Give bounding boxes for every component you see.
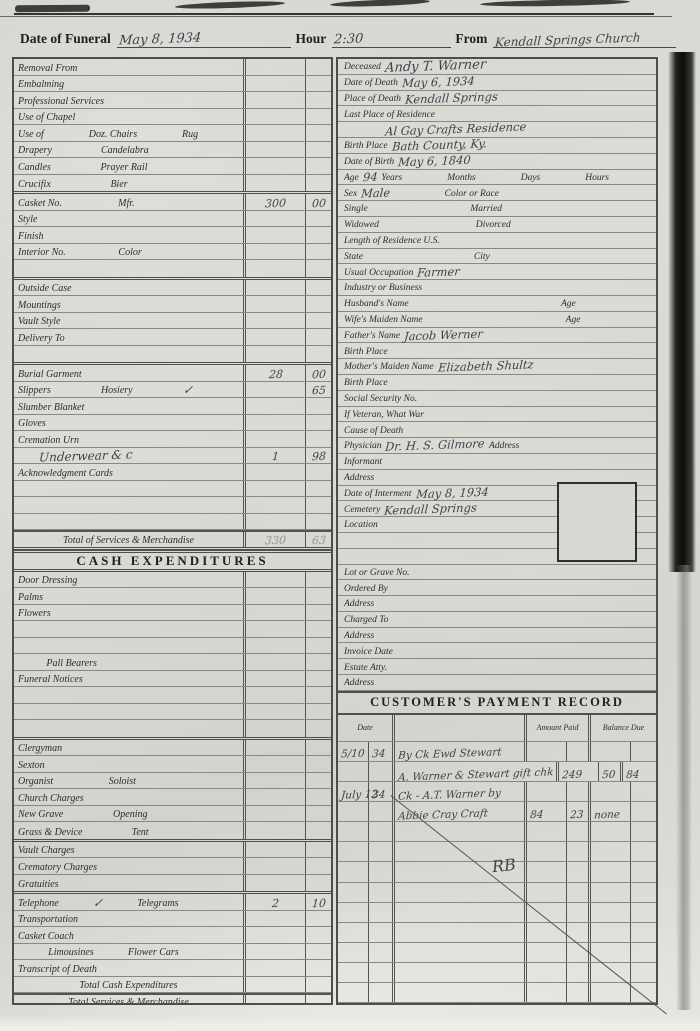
line-filler — [53, 605, 241, 621]
amount-dollars-cell — [243, 175, 305, 192]
ledger-row: Gratuities — [14, 875, 331, 892]
form-row: Wife's Maiden NameAge — [338, 312, 656, 328]
handwritten-amount: 330 — [263, 534, 289, 547]
payment-year-cell: 34 — [368, 742, 392, 761]
form-label: Gloves — [16, 419, 48, 430]
line-filler — [61, 875, 241, 892]
amount-paid-dollars-cell: 84 — [524, 802, 566, 821]
line-filler — [442, 233, 652, 248]
form-label: Mfr. — [116, 199, 136, 210]
handwritten-amount: 00 — [309, 197, 328, 210]
payment-row: 5/1034By Ck Ewd Stewart — [338, 742, 656, 762]
ledger-row: Embalming — [14, 76, 331, 93]
amount-dollars-cell — [243, 211, 305, 227]
ledger-row — [14, 514, 331, 531]
handwritten-entry: none — [592, 809, 623, 822]
amount-dollars-cell — [243, 329, 305, 345]
line-filler — [67, 329, 241, 345]
payment-row — [338, 923, 656, 943]
amount-dollars-cell — [243, 720, 305, 737]
form-row: Birth Place — [338, 343, 656, 359]
line-filler — [53, 382, 99, 398]
line-filler — [81, 431, 241, 447]
handwritten-entry — [370, 820, 374, 821]
line-filler — [106, 92, 241, 108]
payment-row: July 1234Ck - A.T. Warner by — [338, 782, 656, 802]
ledger-row — [14, 621, 331, 638]
payment-year-cell — [368, 883, 392, 902]
ledger-row: Transportation — [14, 911, 331, 928]
form-label: Pall Bearers — [44, 659, 98, 670]
line-filler — [376, 596, 652, 611]
line-filler — [513, 217, 652, 232]
handwritten-entry: Male — [359, 187, 393, 201]
balance-due-dollars-cell — [588, 822, 630, 841]
amount-cents-cell — [305, 415, 331, 431]
form-label: Telegrams — [135, 899, 180, 910]
ledger-row: Pall Bearers — [14, 654, 331, 671]
form-label: Crematory Charges — [16, 863, 99, 874]
amount-dollars-cell — [243, 346, 305, 363]
line-filler — [392, 185, 442, 200]
amount-paid-cents-cell — [566, 923, 588, 942]
amount-cents-cell — [305, 621, 331, 637]
row-label: CandlesPrayer Rail — [14, 158, 243, 174]
amount-cents-cell — [305, 740, 331, 756]
line-filler — [46, 227, 241, 243]
form-label: Slumber Blanket — [16, 403, 86, 414]
line-filler — [437, 106, 652, 121]
ledger-row: Finish — [14, 227, 331, 244]
form-label: Limousines — [46, 948, 96, 959]
form-row: Length of Residence U.S. — [338, 233, 656, 249]
handwritten-amount: 65 — [309, 385, 328, 398]
amount-paid-cents-cell — [566, 903, 588, 922]
amount-cents-cell — [305, 329, 331, 345]
amount-cents-cell — [305, 858, 331, 874]
row-label: DraperyCandelabra — [14, 142, 243, 158]
form-label: Professional Services — [16, 97, 106, 108]
row-label: Use ofDoz. ChairsRug — [14, 125, 243, 141]
payment-year-cell — [368, 842, 392, 861]
amount-cents-cell — [305, 244, 331, 260]
amount-cents-cell — [305, 514, 331, 530]
ledger-row — [14, 260, 331, 277]
balance-due-cents-cell — [630, 963, 656, 982]
amount-dollars-cell — [243, 875, 305, 892]
line-filler — [65, 806, 111, 822]
amount-dollars-cell — [243, 481, 305, 497]
form-label: Style — [16, 215, 39, 226]
form-row: Husband's NameAge — [338, 296, 656, 312]
amount-cents-cell — [305, 260, 331, 277]
amount-cents-cell — [305, 280, 331, 296]
line-filler — [191, 995, 241, 1005]
line-filler — [46, 125, 87, 141]
amount-dollars-cell — [243, 92, 305, 108]
amount-dollars-cell — [243, 76, 305, 92]
form-label: Months — [445, 174, 478, 185]
form-label: Invoice Date — [342, 648, 395, 659]
ledger-row: Use of Chapel — [14, 109, 331, 126]
form-row: Date of BirthMay 6, 1840 — [338, 154, 656, 170]
form-label: Candles — [16, 163, 53, 174]
row-label — [14, 481, 243, 497]
handwritten-entry — [528, 760, 532, 761]
line-filler — [535, 359, 652, 374]
amount-dollars-cell — [243, 313, 305, 329]
form-row: Industry or Business — [338, 280, 656, 296]
line-filler — [53, 175, 109, 192]
line-filler — [77, 842, 241, 858]
line-filler — [180, 977, 241, 993]
amount-paid-cents-cell — [566, 862, 588, 881]
line-filler — [79, 59, 241, 75]
date-of-funeral-label: Date of Funeral — [20, 31, 111, 47]
line-filler — [99, 858, 241, 874]
torn-top-rule-2 — [0, 16, 672, 17]
amount-dollars-cell — [243, 244, 305, 260]
payment-description-cell — [392, 943, 524, 962]
form-label: Date of Birth — [342, 158, 396, 169]
handwritten-entry: 84 — [624, 769, 642, 781]
amount-dollars-cell: 2 — [243, 894, 305, 910]
amount-dollars-cell — [243, 142, 305, 158]
amount-dollars-cell — [243, 464, 305, 480]
balance-due-dollars-cell — [588, 862, 630, 881]
handwritten-entry: 34 — [370, 749, 388, 761]
form-label: New Grave — [16, 810, 65, 821]
form-label: Vault Style — [16, 317, 63, 328]
hour-field: 2:30 — [332, 27, 451, 48]
form-label: Age — [342, 174, 361, 185]
form-label: Color or Race — [443, 190, 501, 201]
line-filler — [195, 382, 241, 398]
row-label — [14, 497, 243, 513]
balance-due-cents-cell — [630, 903, 656, 922]
amount-cents-cell: 98 — [305, 448, 331, 464]
line-filler — [64, 740, 241, 756]
row-label — [14, 621, 243, 637]
amount-paid-dollars-cell — [524, 742, 566, 761]
balance-due-dollars-cell — [588, 842, 630, 861]
form-row: Address — [338, 675, 656, 691]
line-filler — [61, 894, 91, 910]
amount-paid-cents-cell: 50 — [598, 762, 620, 781]
amount-cents-cell — [305, 875, 331, 892]
amount-dollars-cell — [243, 280, 305, 296]
form-row: SexMaleColor or Race — [338, 185, 656, 201]
form-label: Widowed — [342, 221, 381, 232]
form-label: Wife's Maiden Name — [342, 316, 425, 327]
amount-paid-cents-cell — [566, 883, 588, 902]
form-row: Place of DeathKendall Springs — [338, 91, 656, 107]
line-filler — [16, 654, 44, 670]
form-label: Date of Interment — [342, 490, 414, 501]
line-filler — [115, 464, 241, 480]
line-filler — [84, 365, 241, 381]
handwritten-entry: 2:30 — [332, 32, 366, 47]
amount-cents-cell — [305, 773, 331, 789]
line-filler — [390, 375, 652, 390]
line-filler — [384, 454, 652, 469]
form-label: Outside Case — [16, 284, 74, 295]
line-filler — [488, 138, 652, 153]
amount-dollars-cell — [243, 125, 305, 141]
payment-description-cell — [392, 822, 524, 841]
row-label: Gratuities — [14, 875, 243, 892]
amount-cents-cell: 63 — [305, 532, 331, 547]
handwritten-entry: 5/10 — [339, 749, 367, 761]
line-filler — [578, 296, 652, 311]
amount-cents-cell — [305, 92, 331, 108]
payment-header-row: DateAmount PaidBalance Due — [338, 715, 656, 742]
row-label: Burial Garment — [14, 365, 243, 381]
form-label: If Veteran, What War — [342, 411, 426, 422]
line-filler — [80, 911, 241, 927]
funeral-header-row: Date of Funeral May 8, 1934 Hour 2:30 Fr… — [16, 24, 676, 48]
line-filler — [16, 995, 66, 1005]
ledger-row: CandlesPrayer Rail — [14, 158, 331, 175]
form-row: Informant — [338, 454, 656, 470]
form-label: Acknowledgment Cards — [16, 469, 115, 480]
form-label: Married — [468, 205, 504, 216]
amount-dollars-cell — [243, 514, 305, 530]
scan-shadow-strip — [668, 52, 696, 572]
ledger-row: Vault Style — [14, 313, 331, 330]
line-filler — [149, 158, 241, 174]
row-label — [14, 346, 243, 363]
payment-description-cell: Ck - A.T. Warner by — [392, 782, 524, 801]
payment-year-cell — [368, 903, 392, 922]
hour-label: Hour — [295, 31, 326, 47]
line-filler — [16, 532, 61, 547]
line-filler — [411, 565, 652, 580]
ledger-row: Casket No.Mfr.30000 — [14, 194, 331, 211]
amount-dollars-cell — [243, 605, 305, 621]
row-label: Transcript of Death — [14, 960, 243, 976]
form-label: Husband's Name — [342, 300, 411, 311]
payment-header-balance: Balance Due — [588, 715, 656, 741]
row-label: Professional Services — [14, 92, 243, 108]
ledger-row: SlippersHosiery✓65 — [14, 382, 331, 399]
balance-due-cents-cell — [630, 742, 656, 761]
amount-paid-dollars-cell — [524, 983, 566, 1002]
line-filler — [66, 76, 241, 92]
form-label: Mother's Maiden Name — [342, 363, 436, 374]
ledger-row: Telephone✓Telegrams210 — [14, 894, 331, 911]
form-label: Social Security No. — [342, 395, 419, 406]
payment-row: A. Warner & Stewart gift chk249508423 — [338, 762, 656, 782]
handwritten-amount: 1 — [270, 451, 282, 463]
amount-paid-dollars-cell — [524, 923, 566, 942]
amount-cents-cell — [305, 346, 331, 363]
form-label: Telephone — [16, 899, 61, 910]
line-filler — [76, 927, 241, 943]
row-label: Casket Coach — [14, 927, 243, 943]
amount-cents-cell — [305, 59, 331, 75]
amount-cents-cell — [305, 431, 331, 447]
line-filler — [542, 170, 583, 185]
amount-cents-cell — [305, 313, 331, 329]
row-label: Acknowledgment Cards — [14, 464, 243, 480]
ledger-row: Acknowledgment Cards — [14, 464, 331, 481]
amount-cents-cell: 10 — [305, 894, 331, 910]
line-filler — [462, 264, 652, 279]
row-label — [14, 704, 243, 720]
amount-paid-dollars-cell — [524, 963, 566, 982]
handwritten-entry — [592, 760, 596, 761]
services-ledger: Removal FromEmbalmingProfessional Servic… — [12, 57, 333, 1005]
row-label: Transportation — [14, 911, 243, 927]
form-label: Charged To — [342, 616, 390, 627]
line-filler — [149, 806, 241, 822]
line-filler — [74, 280, 241, 296]
ledger-row: Style — [14, 211, 331, 228]
ledger-row: Total Cash Expenditures — [14, 977, 331, 994]
ledger-row: LimousinesFlower Cars — [14, 944, 331, 961]
handwritten-entry — [632, 800, 636, 801]
line-filler — [342, 122, 383, 137]
line-filler — [425, 312, 564, 327]
line-filler — [45, 588, 241, 604]
amount-dollars-cell: 300 — [243, 194, 305, 210]
row-label: Finish — [14, 227, 243, 243]
row-label: LimousinesFlower Cars — [14, 944, 243, 960]
row-label: Delivery To — [14, 329, 243, 345]
amount-dollars-cell — [243, 704, 305, 720]
amount-dollars-cell — [243, 977, 305, 993]
form-label: Address — [342, 632, 376, 643]
form-label: Organist — [16, 777, 55, 788]
line-filler — [68, 244, 117, 260]
line-filler — [86, 398, 241, 414]
row-label: CrucifixBier — [14, 175, 243, 192]
handwritten-entry: 84 — [528, 809, 546, 821]
form-label: Crucifix — [16, 180, 53, 191]
row-label: Total Cash Expenditures — [14, 977, 243, 993]
form-label: Soloist — [107, 777, 138, 788]
row-label: Funeral Notices — [14, 671, 243, 687]
balance-due-cents-cell — [630, 822, 656, 841]
line-filler — [79, 572, 241, 588]
handwritten-entry: 94 — [360, 172, 380, 185]
row-label: Interior No.Color — [14, 244, 243, 260]
form-label: Length of Residence U.S. — [342, 237, 442, 248]
amount-cents-cell — [305, 464, 331, 480]
form-label: Total Services & Merchandise — [66, 998, 191, 1006]
line-filler — [477, 75, 652, 90]
form-label: Candelabra — [99, 146, 151, 157]
line-filler — [390, 612, 652, 627]
form-label: Vault Charges — [16, 846, 77, 857]
ledger-row: Outside Case — [14, 280, 331, 297]
amount-dollars-cell — [243, 842, 305, 858]
ledger-row: Total Services & Merchandise — [14, 993, 331, 1005]
row-label: Casket No.Mfr. — [14, 194, 243, 210]
amount-cents-cell — [305, 398, 331, 414]
payment-year-cell: 34 — [368, 782, 392, 801]
balance-due-dollars-cell — [588, 983, 630, 1002]
handwritten-entry: Kendall Springs — [403, 91, 501, 107]
row-label: SlippersHosiery✓ — [14, 382, 243, 398]
payment-date-cell — [338, 943, 368, 962]
form-label: Informant — [342, 458, 384, 469]
amount-dollars-cell — [243, 789, 305, 805]
handwritten-entry — [632, 820, 636, 821]
form-row: Address — [338, 596, 656, 612]
form-label: Bier — [108, 180, 129, 191]
amount-cents-cell — [305, 822, 331, 839]
line-filler — [55, 773, 107, 789]
form-label: Birth Place — [342, 379, 390, 390]
handwritten-entry: 50 — [600, 769, 618, 781]
ledger-section: Vault ChargesCrematory ChargesGratuities — [14, 842, 331, 895]
ledger-row: Door Dressing — [14, 572, 331, 589]
amount-cents-cell — [305, 227, 331, 243]
line-filler — [504, 201, 652, 216]
handwritten-entry: May 8, 1934 — [413, 486, 491, 501]
ledger-row: Delivery To — [14, 329, 331, 346]
row-label: Total of Services & Merchandise — [14, 532, 243, 547]
form-row: StateCity — [338, 249, 656, 265]
amount-dollars-cell — [243, 638, 305, 654]
form-row: PhysicianDr. H. S. GilmoreAddress — [338, 438, 656, 454]
amount-cents-cell — [305, 704, 331, 720]
form-label: Rug — [180, 130, 200, 141]
ledger-row: DraperyCandelabra — [14, 142, 331, 159]
balance-due-dollars-cell — [588, 943, 630, 962]
row-label — [14, 720, 243, 737]
ledger-row — [14, 638, 331, 655]
amount-cents-cell — [305, 125, 331, 141]
row-label — [14, 638, 243, 654]
amount-paid-cents-cell — [566, 842, 588, 861]
line-filler — [105, 894, 135, 910]
line-filler — [63, 296, 241, 312]
row-label — [14, 260, 243, 277]
form-label: Physician — [342, 442, 383, 453]
payment-description-cell — [392, 923, 524, 942]
row-label: Clergyman — [14, 740, 243, 756]
handwritten-initials: RB — [491, 855, 517, 876]
form-row: Age94YearsMonthsDaysHours — [338, 170, 656, 186]
form-label: Ordered By — [342, 585, 390, 596]
date-of-funeral-field: May 8, 1934 — [117, 27, 292, 48]
form-label: Address — [487, 442, 521, 453]
amount-cents-cell — [305, 720, 331, 737]
line-filler — [181, 944, 241, 960]
ledger-section: Telephone✓Telegrams210TransportationCask… — [14, 894, 331, 1005]
form-label: Cause of Death — [342, 427, 405, 438]
amount-dollars-cell — [243, 858, 305, 874]
line-filler — [151, 142, 241, 158]
amount-dollars-cell — [243, 621, 305, 637]
amount-paid-dollars-cell: 249 — [556, 762, 598, 781]
form-label: Address — [342, 600, 376, 611]
handwritten-entry — [339, 780, 343, 781]
form-label: Total of Services & Merchandise — [61, 536, 196, 547]
amount-dollars-cell: 1 — [243, 448, 305, 464]
amount-cents-cell — [305, 638, 331, 654]
balance-due-cents-cell — [630, 983, 656, 1002]
handwritten-entry — [370, 780, 374, 781]
form-row: Father's NameJacob Werner — [338, 328, 656, 344]
row-label: Palms — [14, 588, 243, 604]
form-label: Delivery To — [16, 334, 67, 345]
form-label: Cemetery — [342, 506, 382, 517]
line-filler — [64, 194, 116, 210]
